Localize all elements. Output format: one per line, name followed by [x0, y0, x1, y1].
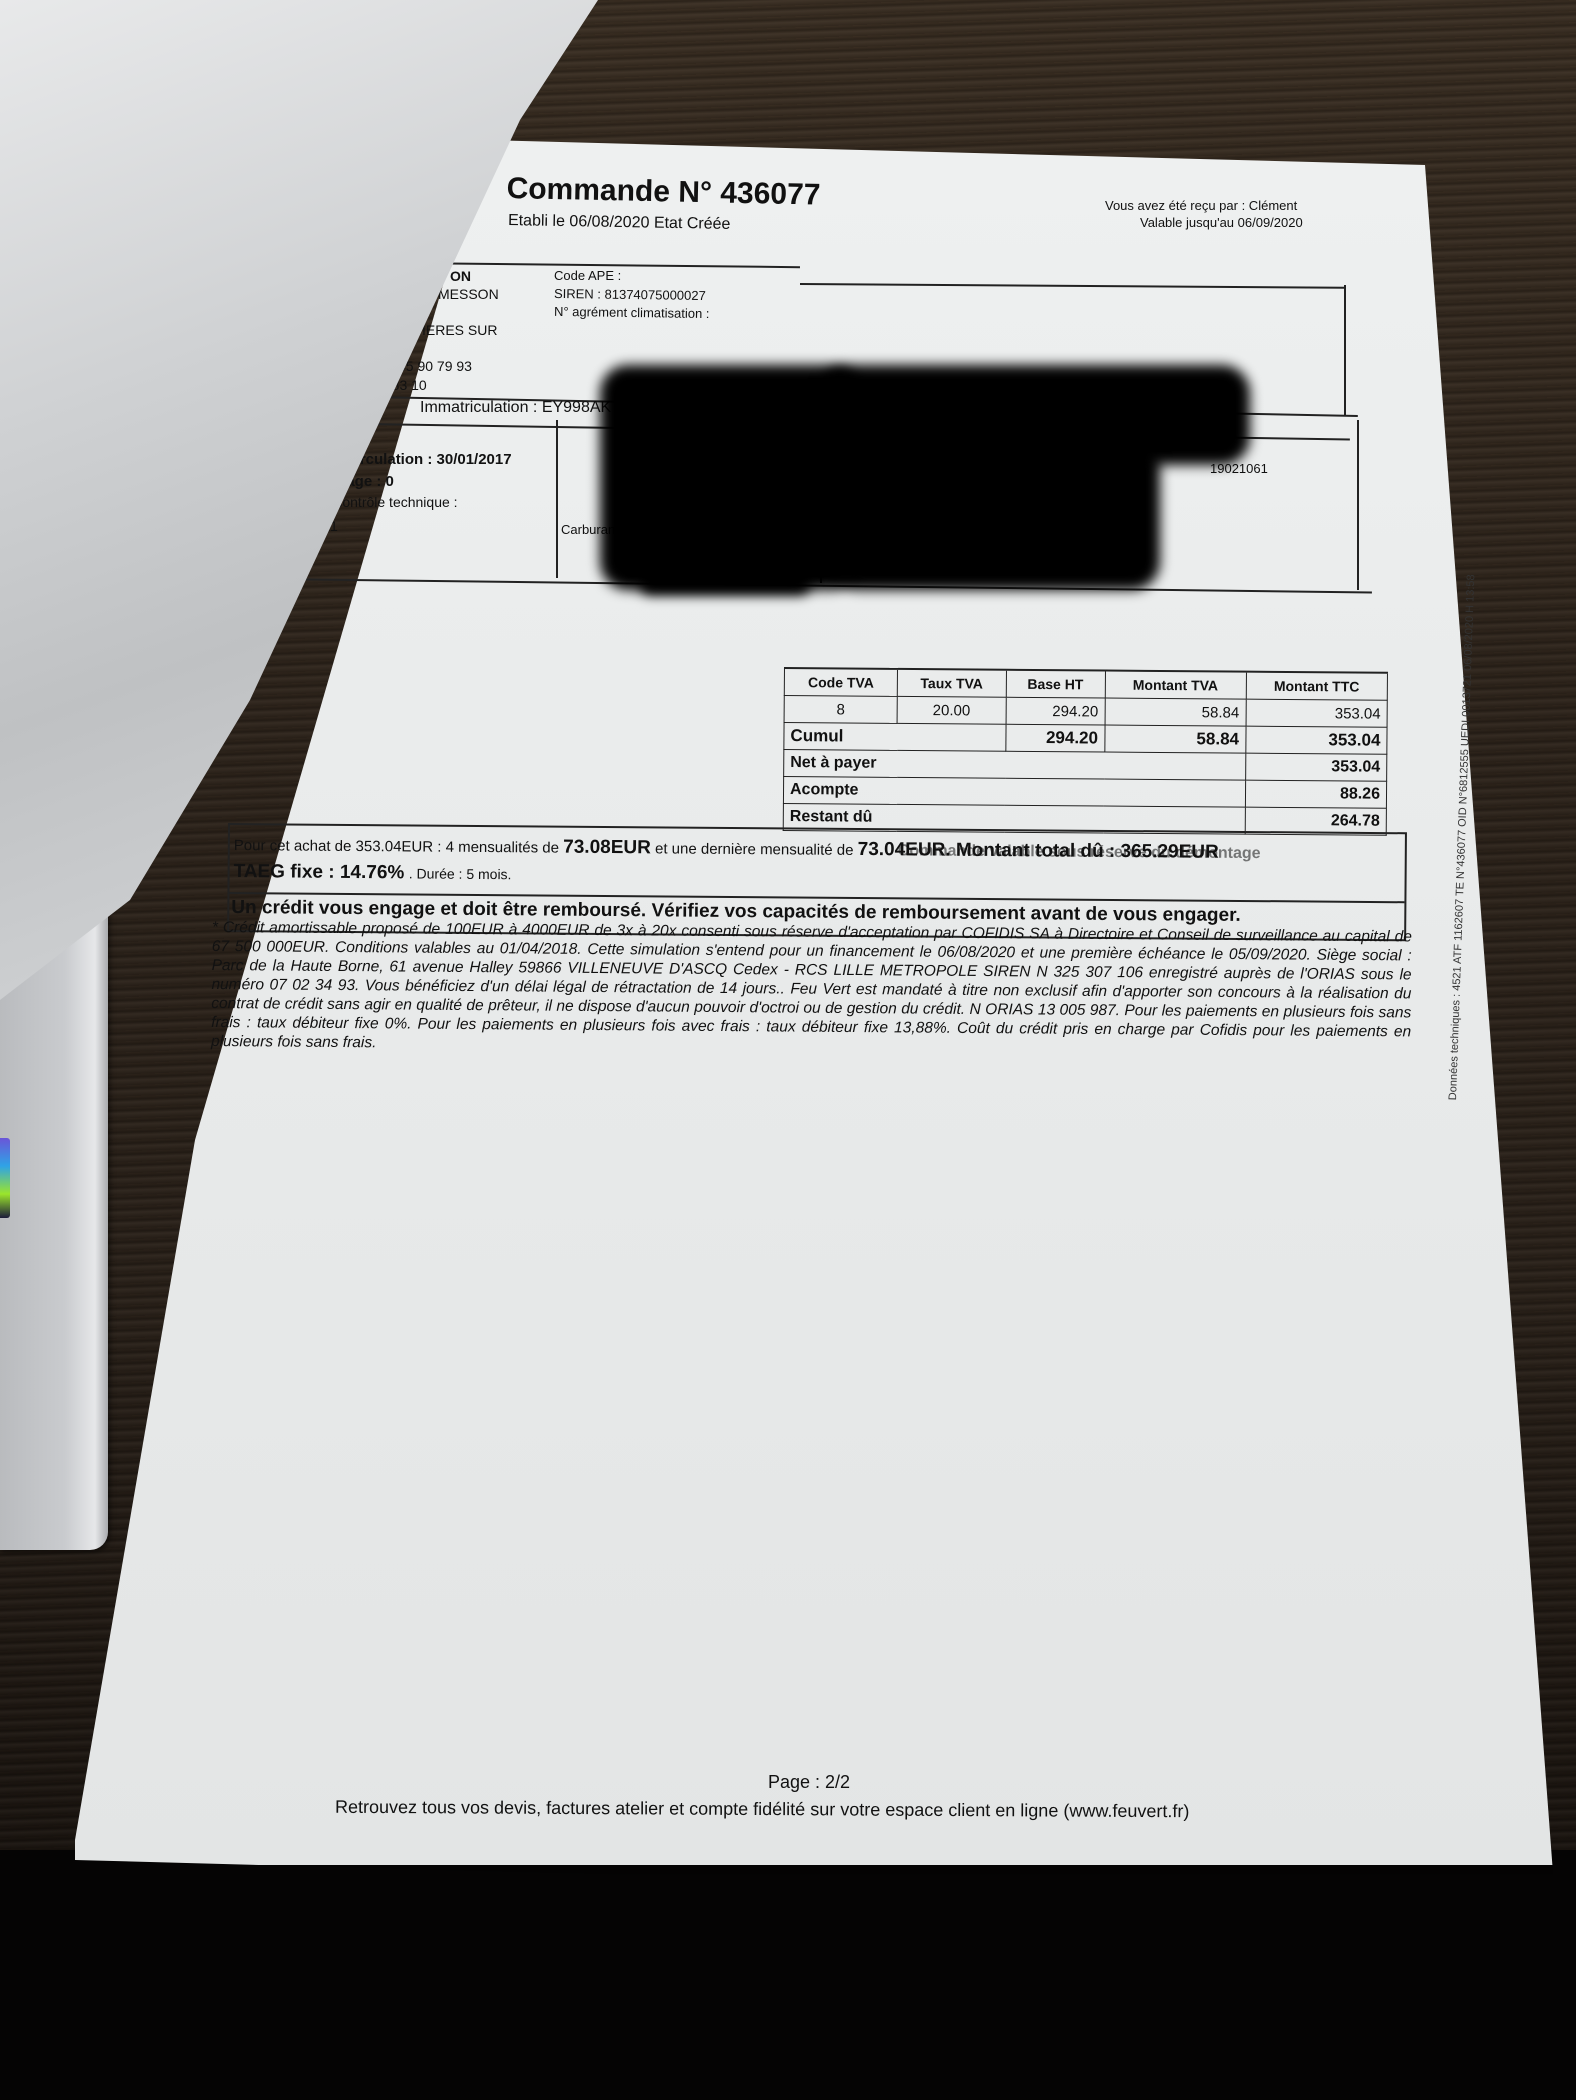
deposit-label: Acompte — [783, 777, 1245, 808]
vehicle-col-line-1 — [556, 420, 558, 578]
monthly-amount: 73.08EUR — [563, 837, 651, 859]
received-by: Vous avez été reçu par : Clément — [1105, 198, 1297, 213]
deposit-value: 88.26 — [1245, 780, 1387, 808]
credit-intro: Pour cet achat de 353.04EUR : 4 mensuali… — [234, 837, 559, 857]
header-montant-ttc: Montant TTC — [1246, 672, 1388, 701]
redaction-left-bottom — [640, 520, 810, 595]
page-number: Page : 2/2 — [768, 1772, 850, 1793]
credit-mid-text: et une dernière mensualité de — [655, 840, 854, 859]
order-title: Commande N° 436077 — [506, 172, 820, 213]
cell-code: 8 — [784, 696, 897, 724]
agrement-climatisation: N° agrément climatisation : — [554, 304, 710, 321]
established-date: Etabli le 06/08/2020 Etat Créée — [508, 212, 731, 234]
taeg-rate: TAEG fixe : 14.76% — [234, 861, 405, 883]
valid-until: Valable jusqu'au 06/09/2020 — [1140, 215, 1303, 230]
code-ape: Code APE : — [554, 268, 621, 283]
immatriculation: Immatriculation : EY998AK — [420, 399, 611, 417]
header-taux-tva: Taux TVA — [897, 669, 1006, 697]
cumul-montant-ttc: 353.04 — [1245, 726, 1387, 754]
cell-montant-ttc: 353.04 — [1246, 699, 1388, 727]
overprinted-text: Commande valable sous réserve du démonta… — [898, 842, 1261, 863]
header-code-tva: Code TVA — [784, 668, 897, 696]
net-to-pay-value: 353.04 — [1245, 753, 1387, 781]
credit-duration: . Durée : 5 mois. — [409, 865, 512, 882]
header-base-ht: Base HT — [1006, 670, 1105, 698]
credit-fine-print: * Crédit amortissable proposé de 100EUR … — [211, 918, 1412, 1060]
cumul-label: Cumul — [784, 723, 1006, 752]
taeg-line: TAEG fixe : 14.76% . Durée : 5 mois. — [234, 861, 512, 885]
cumul-base-ht: 294.20 — [1005, 724, 1104, 752]
cell-montant-tva: 58.84 — [1105, 698, 1246, 726]
vat-summary-table: Code TVA Taux TVA Base HT Montant TVA Mo… — [783, 667, 1388, 836]
cell-base-ht: 294.20 — [1006, 697, 1105, 725]
box-top-line-right — [800, 283, 1345, 289]
cumul-montant-tva: 58.84 — [1104, 725, 1245, 753]
redaction-right — [830, 440, 1160, 590]
cell-taux: 20.00 — [897, 696, 1006, 724]
footer-note: Retrouvez tous vos devis, factures ateli… — [335, 1797, 1189, 1822]
header-montant-tva: Montant TVA — [1105, 671, 1246, 700]
side-technical-data: Données techniques : 4521 ATF 1162607 TE… — [1447, 574, 1477, 1100]
company-city-fragment: IERES SUR — [422, 322, 497, 338]
net-to-pay-label: Net à payer — [784, 750, 1246, 781]
box-right-line — [1344, 285, 1346, 415]
vehicle-right-line — [1357, 420, 1359, 590]
siren: SIREN : 81374075000027 — [554, 286, 706, 303]
company-name-fragment: ON — [450, 268, 471, 284]
company-phone: 45 90 79 93 — [398, 358, 472, 374]
company-address-fragment: MESSON — [438, 286, 499, 302]
